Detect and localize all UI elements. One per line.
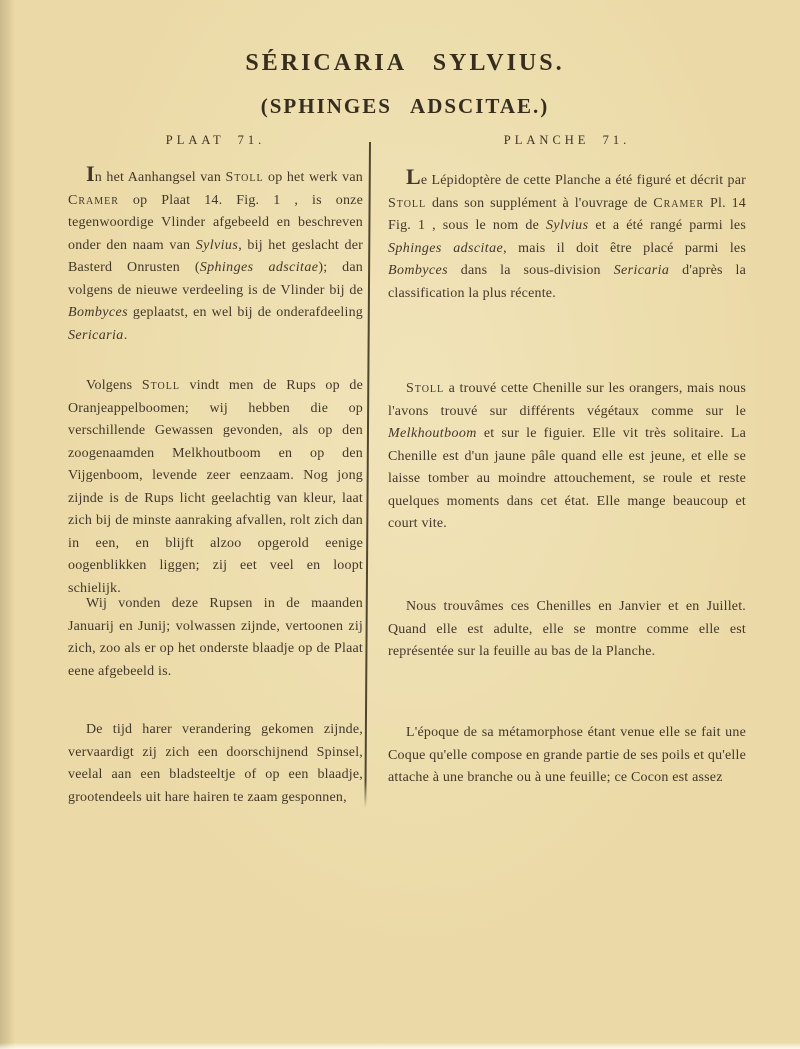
text-segment: Sphinges adscitae bbox=[200, 260, 319, 275]
text-segment: , mais il doit être placé parmi les bbox=[503, 241, 746, 256]
right-column-header: PLANCHE 71. bbox=[388, 133, 746, 148]
text-segment: Sericaria bbox=[614, 263, 670, 278]
paragraph: Wij vonden deze Rupsen in de maanden Jan… bbox=[68, 593, 363, 683]
text-segment: Sylvius bbox=[196, 238, 238, 253]
right-column-french-text: Le Lépidoptère de cette Planche a été fi… bbox=[388, 166, 746, 926]
text-segment: Bombyces bbox=[388, 263, 448, 278]
text-segment: dans la sous-division bbox=[448, 263, 614, 278]
text-segment: et sur le figuier. Elle vit très solitai… bbox=[388, 426, 746, 531]
paragraph: Le Lépidoptère de cette Planche a été fi… bbox=[388, 166, 746, 305]
text-segment: Bombyces bbox=[68, 305, 128, 320]
paragraph: Nous trouvâmes ces Chenilles en Janvier … bbox=[388, 596, 746, 664]
text-segment: Volgens bbox=[86, 378, 142, 393]
scan-left-edge-shadow bbox=[0, 0, 14, 1049]
text-segment: . bbox=[124, 328, 128, 343]
paragraph: In het Aanhangsel van Stoll op het werk … bbox=[68, 163, 363, 347]
scan-bottom-edge bbox=[0, 1043, 800, 1049]
text-segment: Melkhoutboom bbox=[388, 426, 477, 441]
text-segment: Cramer bbox=[653, 196, 704, 211]
text-segment: Nous trouvâmes ces Chenilles en Janvier … bbox=[388, 599, 746, 659]
text-segment: et a été rangé parmi les bbox=[588, 218, 746, 233]
column-divider-rule bbox=[364, 142, 371, 808]
text-segment: e Lépidoptère de cette Planche a été fig… bbox=[421, 173, 746, 188]
text-segment: Stoll bbox=[388, 196, 426, 211]
text-segment: n het Aanhangsel van bbox=[95, 170, 226, 185]
page-subtitle: (SPHINGES ADSCITAE.) bbox=[0, 94, 800, 119]
text-segment: L'époque de sa métamorphose étant venue … bbox=[388, 725, 746, 785]
paragraph: Volgens Stoll vindt men de Rups op de Or… bbox=[68, 375, 363, 600]
text-segment: Stoll bbox=[406, 381, 444, 396]
left-column-dutch-text: In het Aanhangsel van Stoll op het werk … bbox=[68, 163, 363, 923]
paragraph: L'époque de sa métamorphose étant venue … bbox=[388, 722, 746, 790]
paragraph: De tijd harer verandering gekomen zijnde… bbox=[68, 719, 363, 809]
text-segment: I bbox=[86, 161, 95, 186]
text-segment: Stoll bbox=[142, 378, 180, 393]
text-segment: Cramer bbox=[68, 193, 119, 208]
book-page: SÉRICARIA SYLVIUS. (SPHINGES ADSCITAE.) … bbox=[0, 0, 800, 1049]
text-segment: Wij vonden deze Rupsen in de maanden Jan… bbox=[68, 596, 363, 679]
text-segment: dans son supplément à l'ouvrage de bbox=[426, 196, 653, 211]
left-column-header: PLAAT 71. bbox=[68, 133, 363, 148]
text-segment: L bbox=[406, 164, 421, 189]
text-segment: Sphinges adscitae bbox=[388, 241, 503, 256]
paragraph: Stoll a trouvé cette Chenille sur les or… bbox=[388, 378, 746, 536]
text-segment: vindt men de Rups op de Oranjeappelboome… bbox=[68, 378, 363, 596]
text-segment: Sericaria bbox=[68, 328, 124, 343]
text-segment: geplaatst, en wel bij de onderafdeeling bbox=[128, 305, 363, 320]
text-segment: Sylvius bbox=[546, 218, 588, 233]
page-title: SÉRICARIA SYLVIUS. bbox=[0, 50, 800, 77]
text-segment: Stoll bbox=[225, 170, 263, 185]
text-segment: op het werk van bbox=[264, 170, 363, 185]
text-segment: De tijd harer verandering gekomen zijnde… bbox=[68, 722, 363, 805]
